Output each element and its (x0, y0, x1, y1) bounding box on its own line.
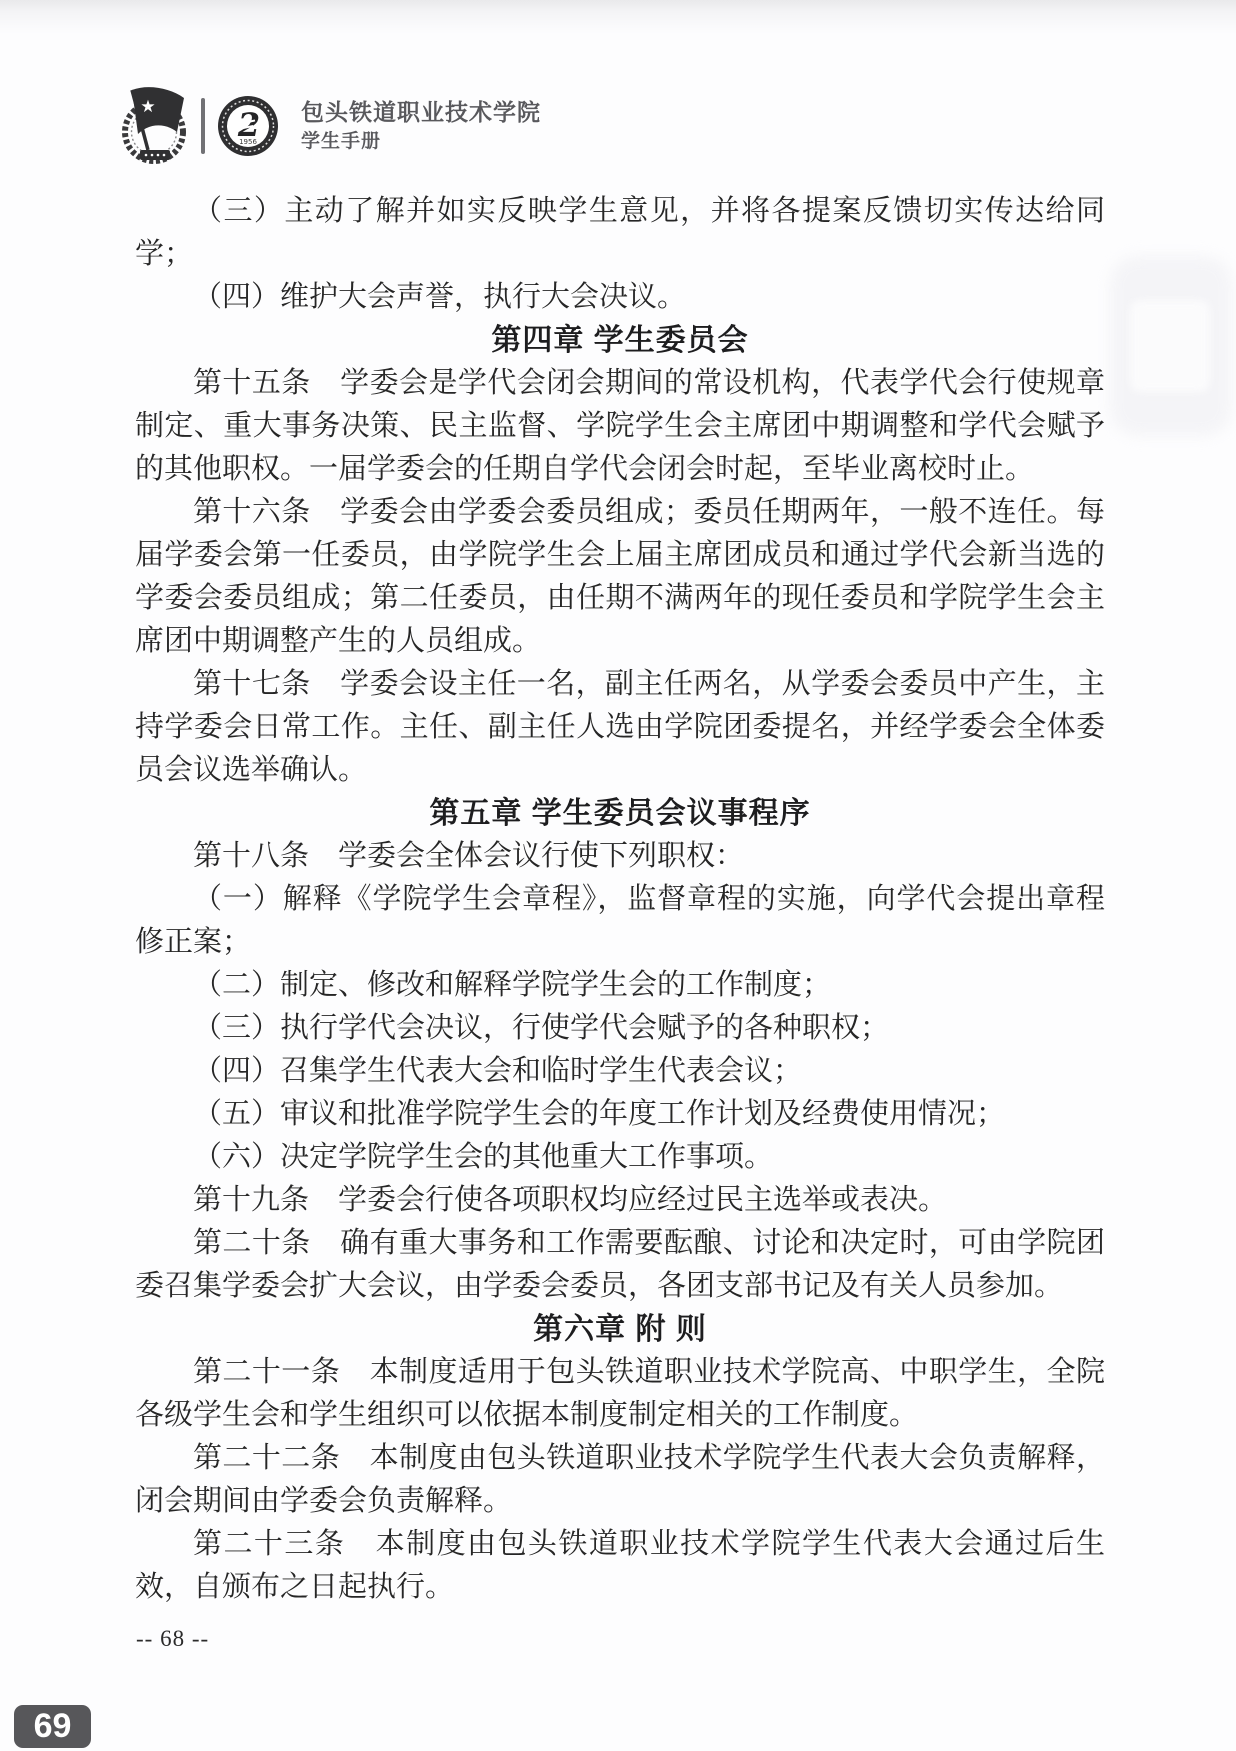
page-bleed-artifact (1110, 256, 1232, 436)
paragraph: 第十八条 学委会全体会议行使下列职权： (135, 835, 1105, 878)
paragraph: 第二十二条 本制度由包头铁道职业技术学院学生代表大会负责解释，闭会期间由学委会负… (135, 1437, 1105, 1523)
paragraph: 第二十三条 本制度由包头铁道职业技术学院学生代表大会通过后生效，自颁布之日起执行… (135, 1523, 1105, 1609)
chapter-heading: 第四章 学生委员会 (135, 319, 1105, 362)
paragraph: （三）主动了解并如实反映学生意见，并将各提案反馈切实传达给同学； (135, 190, 1105, 276)
footer-page-number: -- 68 -- (136, 1626, 209, 1652)
page-bleed-artifact-inner (1130, 300, 1210, 392)
chapter-heading: 第五章 学生委员会议事程序 (135, 792, 1105, 835)
college-seal-icon: 2 1956 (216, 94, 280, 158)
seal-year: 1956 (239, 138, 257, 146)
paragraph: 第十七条 学委会设主任一名，副主任两名，从学委会委员中产生，主持学委会日常工作。… (135, 663, 1105, 792)
header-titles: 包头铁道职业技术学院 学生手册 (301, 101, 541, 151)
youth-league-emblem-icon: ★ (118, 84, 194, 168)
paragraph: （一）解释《学院学生会章程》，监督章程的实施，向学代会提出章程修正案； (135, 878, 1105, 964)
page-header: ★ 2 1956 包头铁道职业技术学院 学生手册 (118, 84, 541, 168)
paragraph: （四）维护大会声誉，执行大会决议。 (135, 276, 1105, 319)
scan-shadow-top (0, 0, 1236, 34)
handbook-page: ★ 2 1956 包头铁道职业技术学院 学生手册 （三）主动了解并如实反映学生意… (0, 0, 1236, 1751)
paragraph: 第十九条 学委会行使各项职权均应经过民主选举或表决。 (135, 1179, 1105, 1222)
college-name: 包头铁道职业技术学院 (301, 101, 541, 124)
paragraph: （六）决定学院学生会的其他重大工作事项。 (135, 1136, 1105, 1179)
svg-text:★: ★ (140, 97, 155, 117)
paragraph: （五）审议和批准学院学生会的年度工作计划及经费使用情况； (135, 1093, 1105, 1136)
paragraph: （二）制定、修改和解释学院学生会的工作制度； (135, 964, 1105, 1007)
corner-page-badge: 69 (14, 1705, 91, 1748)
paragraph: 第二十条 确有重大事务和工作需要酝酿、讨论和决定时，可由学院团委召集学委会扩大会… (135, 1222, 1105, 1308)
paragraph: （三）执行学代会决议，行使学代会赋予的各种职权； (135, 1007, 1105, 1050)
chapter-heading: 第六章 附 则 (135, 1308, 1105, 1351)
header-divider (201, 98, 205, 154)
paragraph: （四）召集学生代表大会和临时学生代表会议； (135, 1050, 1105, 1093)
paragraph: 第十六条 学委会由学委会委员组成；委员任期两年，一般不连任。每届学委会第一任委员… (135, 491, 1105, 663)
paragraph: 第十五条 学委会是学代会闭会期间的常设机构，代表学代会行使规章制定、重大事务决策… (135, 362, 1105, 491)
handbook-title: 学生手册 (301, 132, 541, 151)
document-body: （三）主动了解并如实反映学生意见，并将各提案反馈切实传达给同学；（四）维护大会声… (135, 190, 1105, 1609)
paragraph: 第二十一条 本制度适用于包头铁道职业技术学院高、中职学生，全院各级学生会和学生组… (135, 1351, 1105, 1437)
